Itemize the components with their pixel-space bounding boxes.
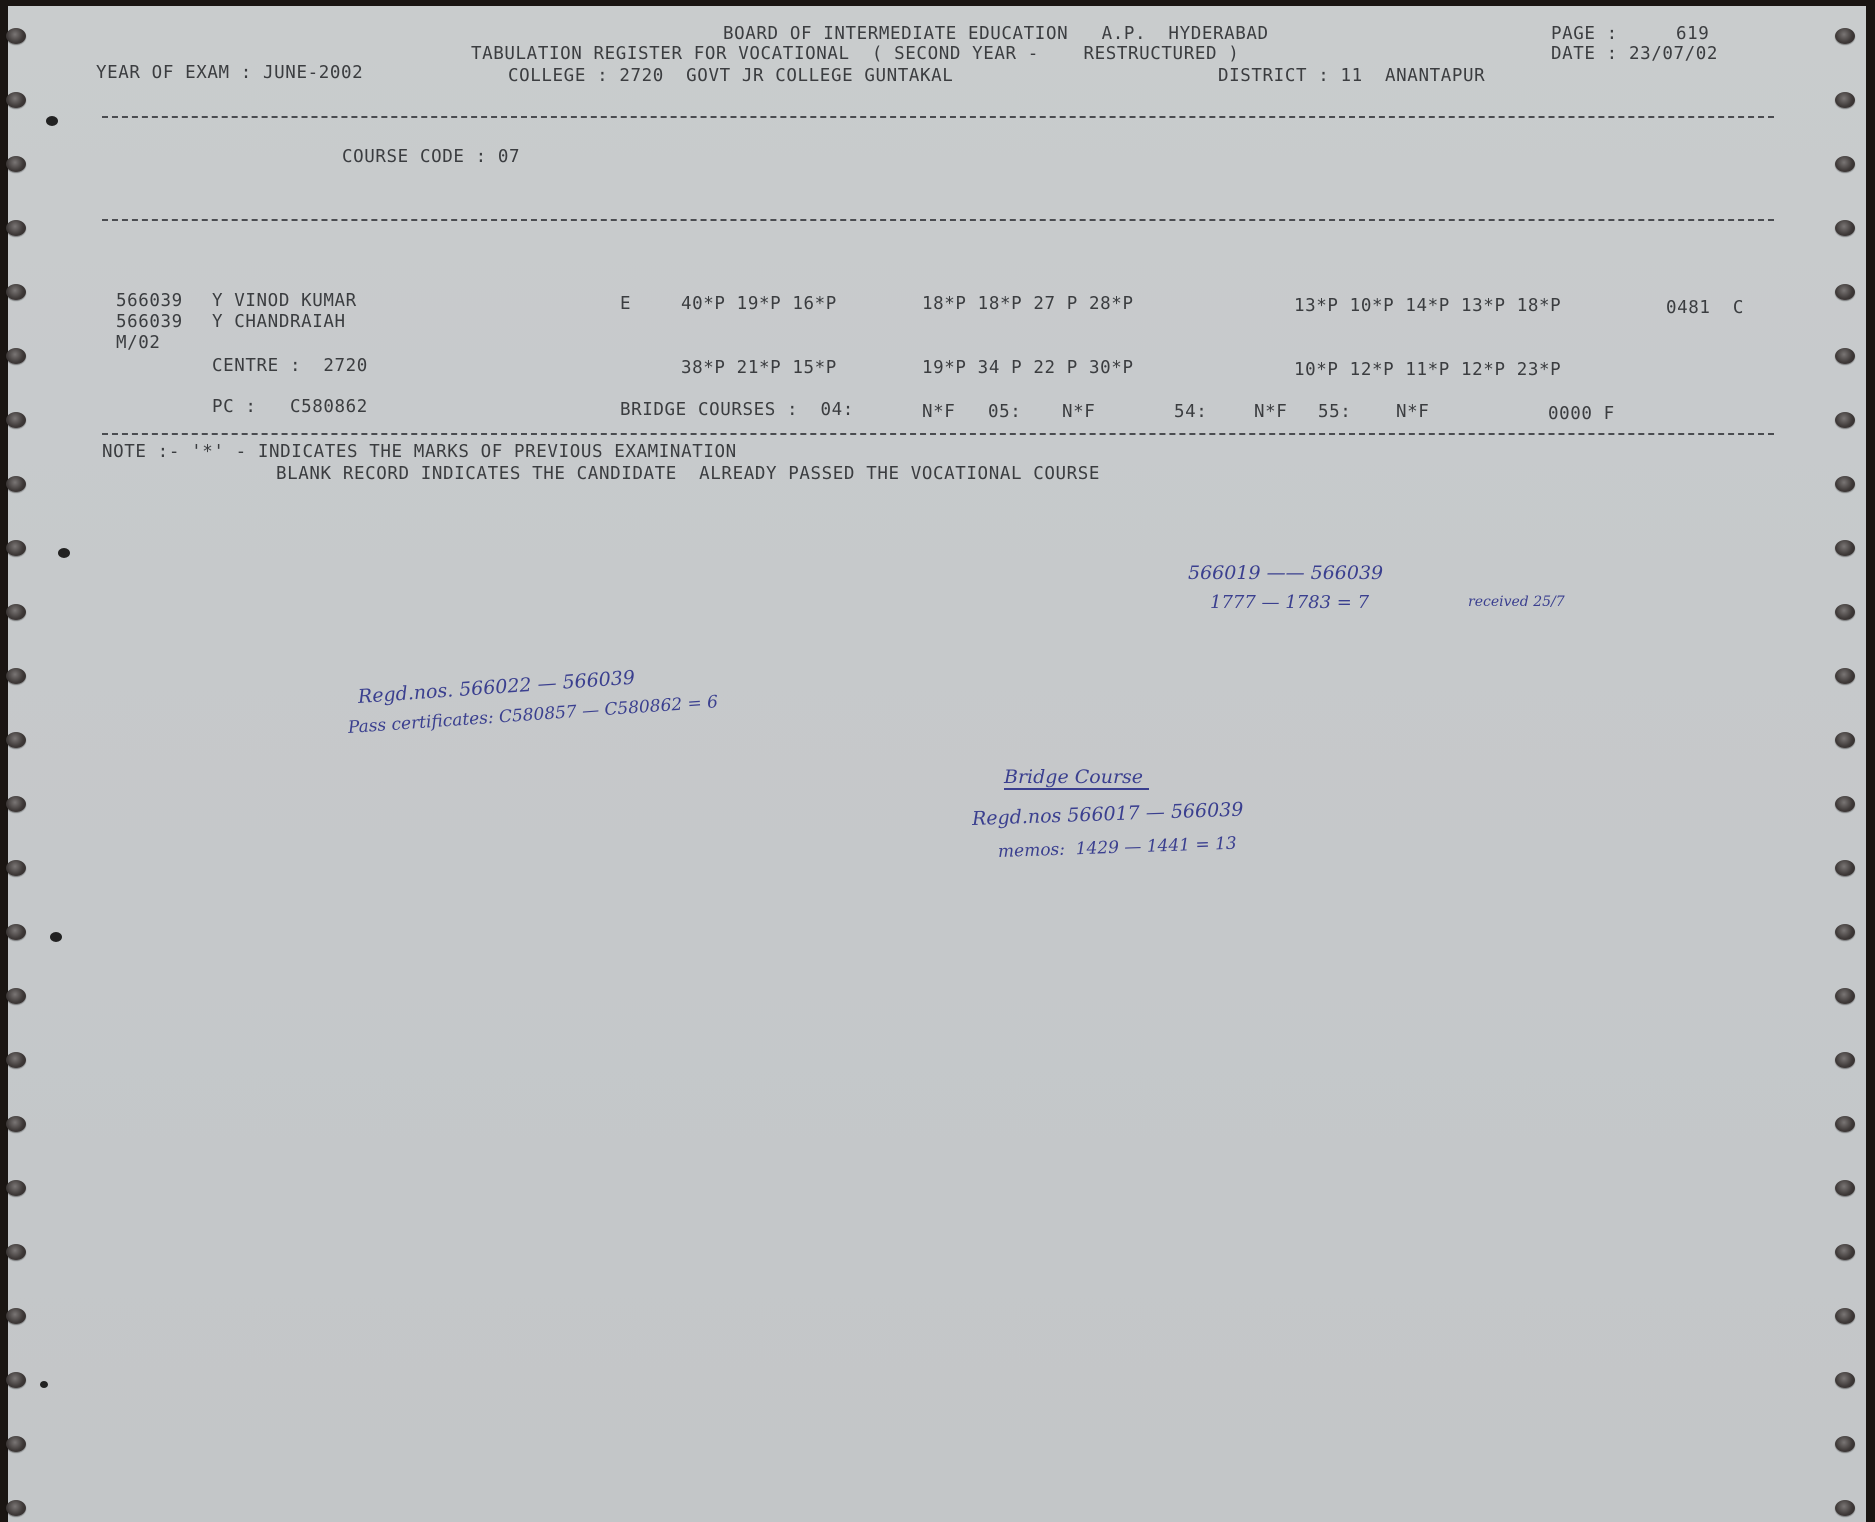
- perforation-hole: [6, 604, 26, 620]
- perforation-hole: [6, 988, 26, 1004]
- punch-mark: [46, 116, 58, 126]
- perforation-hole: [1835, 732, 1855, 748]
- centre: CENTRE : 2720: [212, 356, 368, 376]
- perforation-hole: [6, 1052, 26, 1068]
- perforation-hole: [6, 348, 26, 364]
- bridge-05-result: N*F: [1062, 402, 1095, 422]
- marks-row1-group3: 13*P 10*P 14*P 13*P 18*P: [1294, 296, 1561, 316]
- pass-certificate: PC : C580862: [212, 397, 368, 417]
- bridge-54-label: 54:: [1174, 402, 1207, 422]
- perforation-hole: [1835, 1372, 1855, 1388]
- perforation-hole: [6, 1436, 26, 1452]
- bridge-04-result: N*F: [922, 402, 955, 422]
- perforation-hole: [1835, 540, 1855, 556]
- perforation-hole: [1835, 348, 1855, 364]
- note-line-2: BLANK RECORD INDICATES THE CANDIDATE ALR…: [276, 464, 1100, 484]
- handwritten-bridge-title: Bridge Course: [1004, 766, 1149, 790]
- note-line-1: NOTE :- '*' - INDICATES THE MARKS OF PRE…: [102, 442, 737, 462]
- perforation-hole: [1835, 220, 1855, 236]
- bridge-05-label: 05:: [988, 402, 1021, 422]
- perforation-hole: [6, 668, 26, 684]
- marks-row2-group3: 10*P 12*P 11*P 12*P 23*P: [1294, 360, 1561, 380]
- marks-row1-group1: 40*P 19*P 16*P: [681, 294, 837, 314]
- handwritten-memo-range: 1777 — 1783 = 7: [1210, 592, 1369, 613]
- separator: [102, 433, 1774, 435]
- perforation-hole: [1835, 924, 1855, 940]
- perforation-hole: [1835, 1308, 1855, 1324]
- perforation-hole: [1835, 604, 1855, 620]
- candidate-name: Y VINOD KUMAR: [212, 291, 357, 311]
- bridge-courses-label: BRIDGE COURSES : 04:: [620, 400, 854, 420]
- perforation-hole: [6, 220, 26, 236]
- perforation-hole: [6, 156, 26, 172]
- separator: [102, 219, 1774, 221]
- perforation-hole: [6, 540, 26, 556]
- perforation-hole: [6, 284, 26, 300]
- marks-row2-group2: 19*P 34 P 22 P 30*P: [922, 358, 1134, 378]
- handwritten-regno-range: 566019 —— 566039: [1188, 562, 1383, 584]
- perforation-hole: [1835, 156, 1855, 172]
- year-of-exam: YEAR OF EXAM : JUNE-2002: [96, 63, 363, 83]
- handwritten-received-note: received 25/7: [1468, 594, 1565, 610]
- perforation-hole: [6, 28, 26, 44]
- separator: [102, 116, 1774, 118]
- register-title: TABULATION REGISTER FOR VOCATIONAL ( SEC…: [471, 44, 1239, 64]
- board-title: BOARD OF INTERMEDIATE EDUCATION A.P. HYD…: [723, 24, 1269, 44]
- bridge-total-result: 0000 F: [1548, 404, 1615, 424]
- perforation-hole: [1835, 476, 1855, 492]
- perforation-hole: [1835, 796, 1855, 812]
- total-and-result: 0481 C: [1666, 298, 1744, 318]
- punch-mark: [40, 1381, 48, 1388]
- perforation-hole: [1835, 668, 1855, 684]
- bridge-55-label: 55:: [1318, 402, 1351, 422]
- bridge-55-result: N*F: [1396, 402, 1429, 422]
- perforation-hole: [1835, 1436, 1855, 1452]
- marks-row2-group1: 38*P 21*P 15*P: [681, 358, 837, 378]
- perforation-hole: [6, 1244, 26, 1260]
- perforation-hole: [1835, 1244, 1855, 1260]
- perforation-hole: [6, 1116, 26, 1132]
- perforation-hole: [6, 1372, 26, 1388]
- perforation-hole: [1835, 988, 1855, 1004]
- print-date: DATE : 23/07/02: [1551, 44, 1718, 64]
- perforation-hole: [6, 1308, 26, 1324]
- bridge-54-result: N*F: [1254, 402, 1287, 422]
- father-name: Y CHANDRAIAH: [212, 312, 346, 332]
- punch-mark: [58, 548, 70, 558]
- perforation-hole: [1835, 28, 1855, 44]
- medium: E: [620, 294, 631, 314]
- district-info: DISTRICT : 11 ANANTAPUR: [1218, 66, 1485, 86]
- tabulation-register-sheet: BOARD OF INTERMEDIATE EDUCATION A.P. HYD…: [8, 6, 1866, 1522]
- perforation-hole: [6, 732, 26, 748]
- perforation-hole: [6, 412, 26, 428]
- perforation-hole: [6, 476, 26, 492]
- perforation-hole: [6, 1180, 26, 1196]
- marks-row1-group2: 18*P 18*P 27 P 28*P: [922, 294, 1134, 314]
- course-code: COURSE CODE : 07: [342, 147, 520, 167]
- perforation-hole: [1835, 860, 1855, 876]
- punch-mark: [50, 932, 62, 942]
- perforation-hole: [6, 1500, 26, 1516]
- perforation-hole: [1835, 412, 1855, 428]
- perforation-hole: [1835, 284, 1855, 300]
- perforation-hole: [1835, 1180, 1855, 1196]
- perforation-hole: [1835, 92, 1855, 108]
- perforation-hole: [6, 92, 26, 108]
- perforation-hole: [1835, 1052, 1855, 1068]
- perforation-hole: [1835, 1116, 1855, 1132]
- hall-ticket-number: 566039: [116, 291, 183, 311]
- perforation-hole: [6, 924, 26, 940]
- page-label: PAGE :: [1551, 24, 1618, 44]
- college-info: COLLEGE : 2720 GOVT JR COLLEGE GUNTAKAL: [508, 66, 953, 86]
- handwritten-bridge-regno: Regd.nos 566017 — 566039: [972, 799, 1244, 830]
- perforation-hole: [6, 796, 26, 812]
- gender-month: M/02: [116, 333, 161, 353]
- perforation-hole: [1835, 1500, 1855, 1516]
- page-number: 619: [1676, 24, 1709, 44]
- hall-ticket-number-2: 566039: [116, 312, 183, 332]
- handwritten-bridge-memos: memos: 1429 — 1441 = 13: [998, 834, 1237, 862]
- perforation-hole: [6, 860, 26, 876]
